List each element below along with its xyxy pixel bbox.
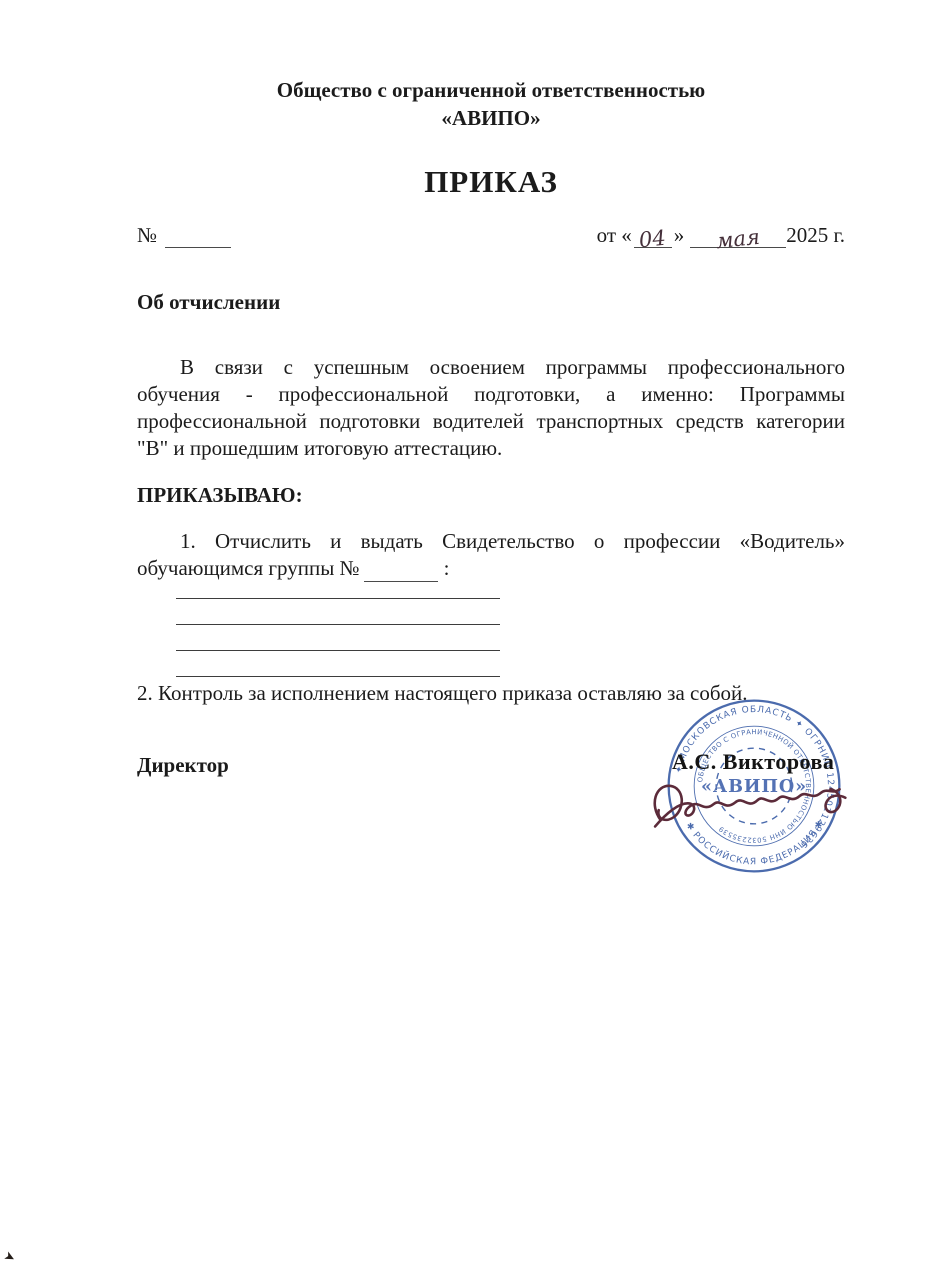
handwritten-day: 04 bbox=[639, 229, 667, 250]
body-line: обучения - профессиональной подготовки, … bbox=[137, 381, 845, 408]
order-item-1: 1. Отчислить и выдать Свидетельство о пр… bbox=[137, 528, 845, 582]
handwritten-month: мая bbox=[716, 228, 761, 250]
org-name-line2: «АВИПО» bbox=[137, 104, 845, 132]
student-list-blank-lines bbox=[176, 582, 500, 677]
blank-line bbox=[176, 625, 500, 651]
blank-line bbox=[176, 582, 500, 599]
order-date: от «04»мая2025 г. bbox=[597, 223, 845, 248]
order-number: № bbox=[137, 223, 231, 248]
number-date-row: № от «04»мая2025 г. bbox=[137, 223, 845, 248]
body-paragraph: В связи с успешным освоением программы п… bbox=[137, 354, 845, 462]
date-day-blank: 04 bbox=[634, 227, 672, 248]
number-prefix: № bbox=[137, 223, 157, 247]
blank-line bbox=[176, 651, 500, 677]
document-title: ПРИКАЗ bbox=[137, 164, 845, 200]
subject-line: Об отчислении bbox=[137, 290, 845, 315]
item1-colon: : bbox=[444, 556, 450, 580]
date-close-quote: » bbox=[674, 223, 685, 247]
date-prefix: от « bbox=[597, 223, 632, 247]
body-line: "В" и прошедшим итоговую аттестацию. bbox=[137, 435, 845, 462]
item1-line2-text: обучающимся группы № bbox=[137, 556, 360, 580]
org-name-line1: Общество с ограниченной ответственностью bbox=[137, 76, 845, 104]
item1-line1: 1. Отчислить и выдать Свидетельство о пр… bbox=[137, 528, 845, 555]
body-line: В связи с успешным освоением программы п… bbox=[137, 354, 845, 381]
blank-line bbox=[176, 599, 500, 625]
number-blank-line bbox=[165, 227, 231, 248]
date-month-blank: мая bbox=[690, 227, 786, 248]
order-keyword: ПРИКАЗЫВАЮ: bbox=[137, 483, 845, 508]
cursor-artifact: ➤ bbox=[1, 1248, 18, 1266]
signer-role: Директор bbox=[137, 753, 229, 777]
item1-line2: обучающимся группы №: bbox=[137, 555, 845, 582]
scanned-order-document: Общество с ограниченной ответственностью… bbox=[0, 0, 931, 1280]
signature-stroke bbox=[652, 771, 847, 828]
group-number-blank bbox=[364, 561, 438, 582]
body-line: профессиональной подготовки водителей тр… bbox=[137, 408, 845, 435]
date-year: 2025 г. bbox=[786, 223, 845, 247]
org-name: Общество с ограниченной ответственностью… bbox=[137, 76, 845, 132]
document-content: Общество с ограниченной ответственностью… bbox=[137, 0, 845, 778]
